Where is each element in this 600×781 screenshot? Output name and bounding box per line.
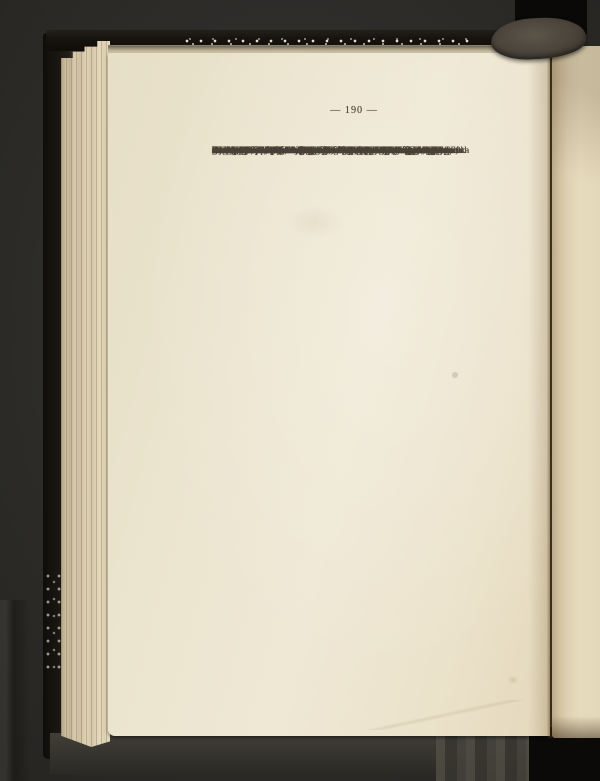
photographed-book-page: — 190 — inleiding tot de Maleische taal … <box>0 0 600 781</box>
page-number: — 190 — <box>212 105 514 116</box>
page-wrinkle <box>350 700 540 730</box>
foxing-stain <box>508 676 518 684</box>
facing-page-curve <box>552 46 600 738</box>
page-edge-stack <box>61 41 110 747</box>
backdrop-fold <box>0 600 40 781</box>
foxing-stain <box>452 372 458 378</box>
text-line: onderwijs, dat 't w.d.b. te uitvoerig wa… <box>212 144 446 158</box>
page-bottom-edge-streaks <box>436 736 538 781</box>
foxing-stain <box>285 205 345 239</box>
gutter-shadow <box>528 53 550 736</box>
